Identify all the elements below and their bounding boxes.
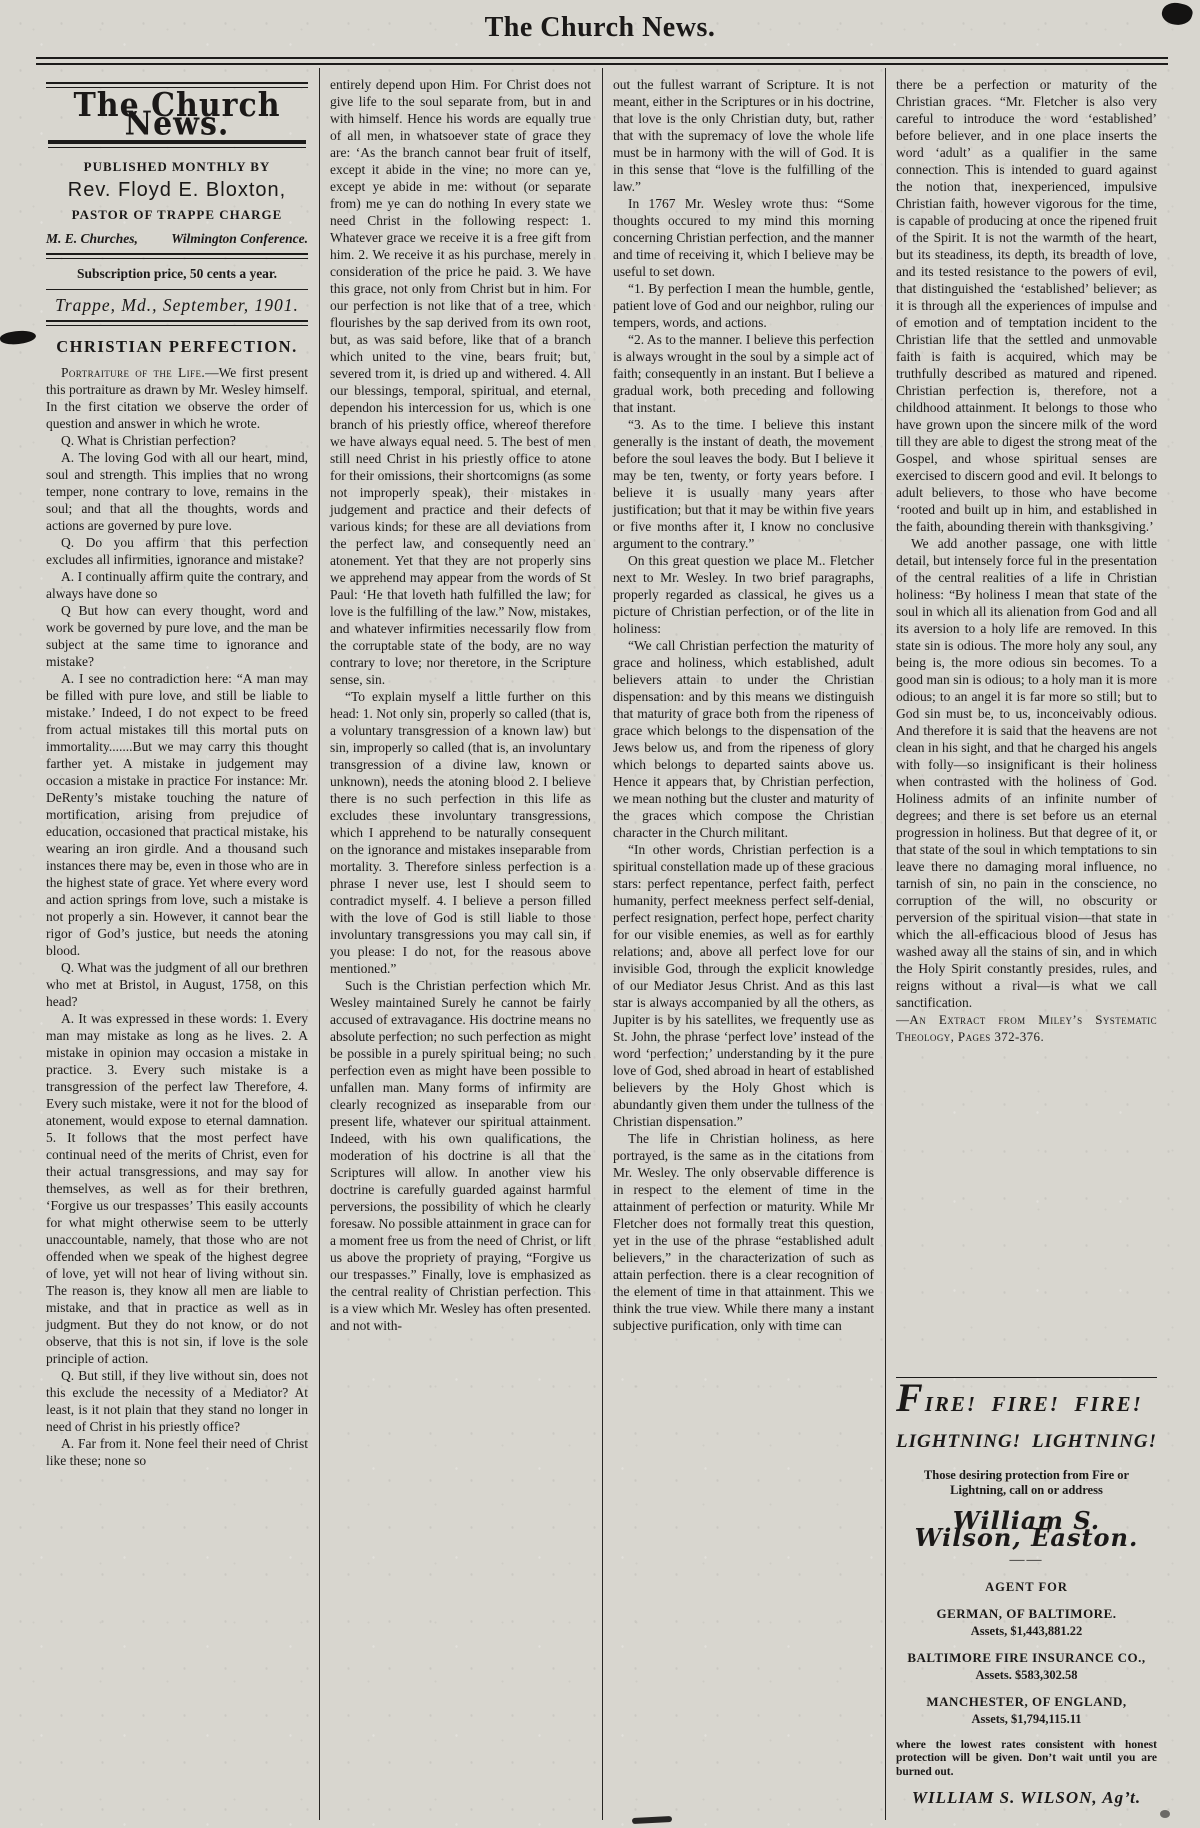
lead-smallcaps: Portraiture of the Life. xyxy=(61,365,205,380)
article-paragraph: “We call Christian perfection the maturi… xyxy=(613,637,874,841)
lead-paragraph: Portraiture of the Life.—We first presen… xyxy=(46,364,308,432)
company-listing: MANCHESTER, OF ENGLAND, Assets, $1,794,1… xyxy=(896,1693,1157,1728)
continuation-paragraph: entirely depend upon Him. For Christ doe… xyxy=(330,76,591,688)
horizontal-rule xyxy=(46,289,308,290)
article-columns: The Church News. PUBLISHED MONTHLY BY Re… xyxy=(36,68,1168,1820)
horizontal-rule xyxy=(46,320,308,326)
ad-fire-headline: FIRE! FIRE! FIRE! xyxy=(896,1384,1157,1413)
company-name: BALTIMORE FIRE INSURANCE CO., xyxy=(896,1649,1157,1666)
newspaper-page: The Church News. The Church News. PUBLIS… xyxy=(0,0,1200,1828)
article-paragraph: A. The loving God with all our heart, mi… xyxy=(46,449,308,534)
article-heading: CHRISTIAN PERFECTION. xyxy=(46,338,308,355)
article-paragraph: “To explain myself a little further on t… xyxy=(330,688,591,977)
masthead-title: The Church News. xyxy=(46,97,308,134)
churches-line: M. E. Churches, Wilmington Conference. xyxy=(46,230,308,247)
article-paragraph: Q. What was the judgment of all our bret… xyxy=(46,959,308,1010)
article-paragraph: “In other words, Christian perfection is… xyxy=(613,841,874,1130)
agent-script-name: William S. Wilson, Easton. xyxy=(896,1512,1157,1546)
company-listing: BALTIMORE FIRE INSURANCE CO., Assets. $5… xyxy=(896,1649,1157,1684)
horizontal-rule xyxy=(896,1377,1157,1378)
dateline: Trappe, Md., September, 1901. xyxy=(46,297,308,314)
article-paragraph: “1. By perfection I mean the humble, gen… xyxy=(613,280,874,331)
ink-smudge xyxy=(0,329,37,346)
continuation-paragraph: there be a perfection or maturity of the… xyxy=(896,76,1157,535)
company-assets: Assets, $1,443,881.22 xyxy=(896,1623,1157,1640)
column-4-paragraphs: We add another passage, one with little … xyxy=(896,535,1157,1011)
article-paragraph: Q. Do you affirm that this perfection ex… xyxy=(46,534,308,568)
lightning-word: LIGHTNING! xyxy=(896,1433,1021,1450)
churches-label: M. E. Churches, xyxy=(46,230,138,247)
page-running-title: The Church News. xyxy=(0,12,1200,44)
horizontal-rule xyxy=(36,57,1168,65)
article-paragraph: “2. As to the manner. I believe this per… xyxy=(613,331,874,416)
ad-lightning-headline: LIGHTNING! LIGHTNING! xyxy=(896,1433,1157,1450)
company-name: GERMAN, OF BALTIMORE. xyxy=(896,1605,1157,1622)
conference-label: Wilmington Conference. xyxy=(171,230,308,247)
article-paragraph: A. It was expressed in these words: 1. E… xyxy=(46,1010,308,1367)
company-name: MANCHESTER, OF ENGLAND, xyxy=(896,1693,1157,1710)
column-1: The Church News. PUBLISHED MONTHLY BY Re… xyxy=(36,68,319,1820)
published-monthly-line: PUBLISHED MONTHLY BY xyxy=(46,158,308,175)
continuation-paragraph: out the fullest warrant of Scripture. It… xyxy=(613,76,874,195)
editor-name: Rev. Floyd E. Bloxton, xyxy=(46,182,308,199)
article-paragraph: “3. As to the time. I believe this insta… xyxy=(613,416,874,552)
company-assets: Assets. $583,302.58 xyxy=(896,1667,1157,1684)
article-paragraph: In 1767 Mr. Wesley wrote thus: “Some tho… xyxy=(613,195,874,280)
article-attribution: —An Extract from Miley’s Systematic Theo… xyxy=(896,1011,1157,1045)
article-paragraph: We add another passage, one with little … xyxy=(896,535,1157,1011)
article-paragraph: Q. But still, if they live without sin, … xyxy=(46,1367,308,1435)
article-paragraph: Q But how can every thought, word and wo… xyxy=(46,602,308,670)
agent-signature: WILLIAM S. WILSON, Ag’t. xyxy=(896,1789,1157,1806)
column-3: out the fullest warrant of Scripture. It… xyxy=(602,68,885,1820)
article-paragraph: Such is the Christian perfection which M… xyxy=(330,977,591,1334)
company-assets: Assets, $1,794,115.11 xyxy=(896,1711,1157,1728)
pastor-line: PASTOR OF TRAPPE CHARGE xyxy=(46,206,308,223)
column-2: entirely depend upon Him. For Christ doe… xyxy=(319,68,602,1820)
column-4-text: there be a perfection or maturity of the… xyxy=(896,76,1157,1367)
column-4: there be a perfection or maturity of the… xyxy=(885,68,1168,1820)
fire-insurance-ad: FIRE! FIRE! FIRE! LIGHTNING! LIGHTNING! … xyxy=(896,1367,1157,1821)
ad-footer-text: where the lowest rates consistent with h… xyxy=(896,1739,1157,1780)
ink-smudge xyxy=(1160,1810,1170,1818)
horizontal-rule xyxy=(46,253,308,259)
column-2-text: “To explain myself a little further on t… xyxy=(330,688,591,1334)
ad-body-text: Those desiring protection from Fire or L… xyxy=(896,1468,1157,1498)
column-3-text: In 1767 Mr. Wesley wrote thus: “Some tho… xyxy=(613,195,874,1334)
subscription-line: Subscription price, 50 cents a year. xyxy=(46,265,308,282)
article-paragraph: A. I continually affirm quite the contra… xyxy=(46,568,308,602)
article-paragraph: A. Far from it. None feel their need of … xyxy=(46,1435,308,1469)
article-paragraph: A. I see no contradiction here: “A man m… xyxy=(46,670,308,959)
lightning-word: LIGHTNING! xyxy=(1032,1433,1157,1450)
short-rule: —— xyxy=(896,1552,1157,1569)
article-paragraph: The life in Christian holiness, as here … xyxy=(613,1130,874,1334)
agent-for-label: AGENT FOR xyxy=(896,1579,1157,1596)
column-1-text: Q. What is Christian perfection?A. The l… xyxy=(46,432,308,1469)
article-paragraph: Q. What is Christian perfection? xyxy=(46,432,308,449)
ink-smudge xyxy=(632,1816,672,1824)
article-paragraph: On this great question we place M.. Flet… xyxy=(613,552,874,637)
company-listing: GERMAN, OF BALTIMORE. Assets, $1,443,881… xyxy=(896,1605,1157,1640)
masthead: The Church News. PUBLISHED MONTHLY BY Re… xyxy=(46,82,308,326)
